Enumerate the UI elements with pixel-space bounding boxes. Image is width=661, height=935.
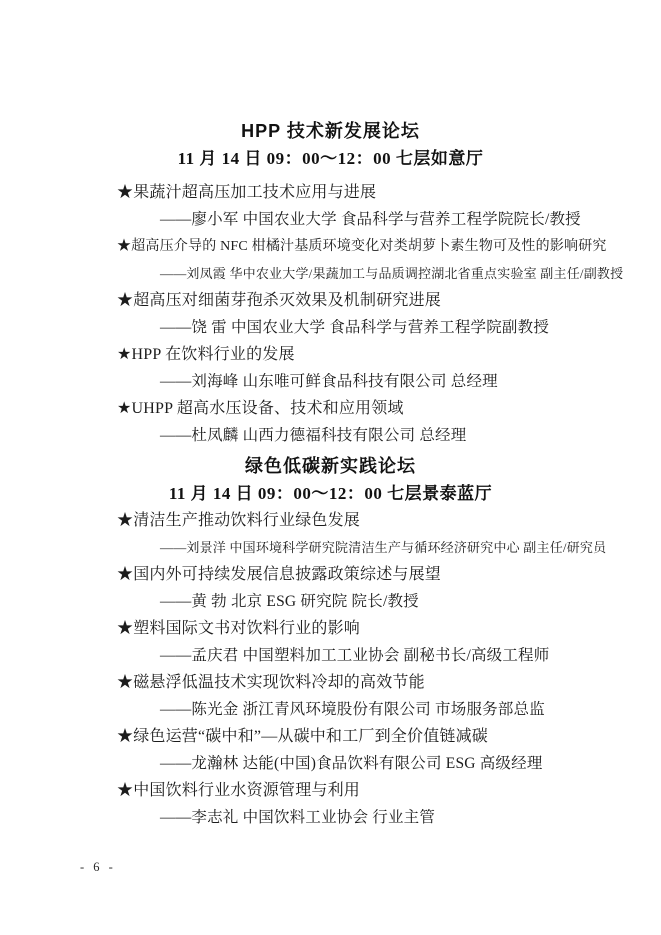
topic-line: ★清洁生产推动饮料行业绿色发展 bbox=[0, 507, 661, 534]
speaker-line: ——廖小军 中国农业大学 食品科学与营养工程学院院长/教授 bbox=[0, 206, 661, 233]
speaker-line: ——刘海峰 山东唯可鲜食品科技有限公司 总经理 bbox=[0, 368, 661, 395]
section-hpp-forum: HPP 技术新发展论坛 11 月 14 日 09：00～12：00 七层如意厅 … bbox=[0, 118, 661, 449]
speaker-line: ——黄 勃 北京 ESG 研究院 院长/教授 bbox=[0, 588, 661, 615]
speaker-line: ——龙瀚林 达能(中国)食品饮料有限公司 ESG 高级经理 bbox=[0, 750, 661, 777]
speaker-line: ——杜凤麟 山西力德福科技有限公司 总经理 bbox=[0, 422, 661, 449]
section-body: ★清洁生产推动饮料行业绿色发展 ——刘景洋 中国环境科学研究院清洁生产与循环经济… bbox=[0, 507, 661, 831]
topic-line: ★磁悬浮低温技术实现饮料冷却的高效节能 bbox=[0, 669, 661, 696]
section-title: HPP 技术新发展论坛 bbox=[0, 118, 661, 145]
topic-line: ★UHPP 超高水压设备、技术和应用领域 bbox=[0, 395, 661, 422]
topic-line: ★超高压对细菌芽孢杀灭效果及机制研究进展 bbox=[0, 287, 661, 314]
speaker-line: ——饶 雷 中国农业大学 食品科学与营养工程学院副教授 bbox=[0, 314, 661, 341]
section-title: 绿色低碳新实践论坛 bbox=[0, 453, 661, 480]
page-number: - 6 - bbox=[80, 860, 116, 875]
speaker-line: ——陈光金 浙江青风环境股份有限公司 市场服务部总监 bbox=[0, 696, 661, 723]
topic-line: ★超高压介导的 NFC 柑橘汁基质环境变化对类胡萝卜素生物可及性的影响研究 bbox=[0, 233, 661, 260]
section-green-lowcarbon-forum: 绿色低碳新实践论坛 11 月 14 日 09：00～12：00 七层景泰蓝厅 ★… bbox=[0, 453, 661, 831]
topic-line: ★国内外可持续发展信息披露政策综述与展望 bbox=[0, 561, 661, 588]
speaker-line: ——刘景洋 中国环境科学研究院清洁生产与循环经济研究中心 副主任/研究员 bbox=[0, 534, 661, 561]
page-content: HPP 技术新发展论坛 11 月 14 日 09：00～12：00 七层如意厅 … bbox=[0, 0, 661, 831]
section-schedule: 11 月 14 日 09：00～12：00 七层如意厅 bbox=[0, 145, 661, 172]
topic-line: ★果蔬汁超高压加工技术应用与进展 bbox=[0, 179, 661, 206]
topic-line: ★HPP 在饮料行业的发展 bbox=[0, 341, 661, 368]
speaker-line: ——刘凤霞 华中农业大学/果蔬加工与品质调控湖北省重点实验室 副主任/副教授 bbox=[0, 260, 661, 287]
topic-line: ★绿色运营“碳中和”—从碳中和工厂到全价值链减碳 bbox=[0, 723, 661, 750]
document-page: HPP 技术新发展论坛 11 月 14 日 09：00～12：00 七层如意厅 … bbox=[0, 0, 661, 935]
topic-line: ★中国饮料行业水资源管理与利用 bbox=[0, 777, 661, 804]
speaker-line: ——李志礼 中国饮料工业协会 行业主管 bbox=[0, 804, 661, 831]
section-body: ★果蔬汁超高压加工技术应用与进展 ——廖小军 中国农业大学 食品科学与营养工程学… bbox=[0, 179, 661, 449]
topic-line: ★塑料国际文书对饮料行业的影响 bbox=[0, 615, 661, 642]
section-schedule: 11 月 14 日 09：00～12：00 七层景泰蓝厅 bbox=[0, 480, 661, 507]
speaker-line: ——孟庆君 中国塑料加工工业协会 副秘书长/高级工程师 bbox=[0, 642, 661, 669]
